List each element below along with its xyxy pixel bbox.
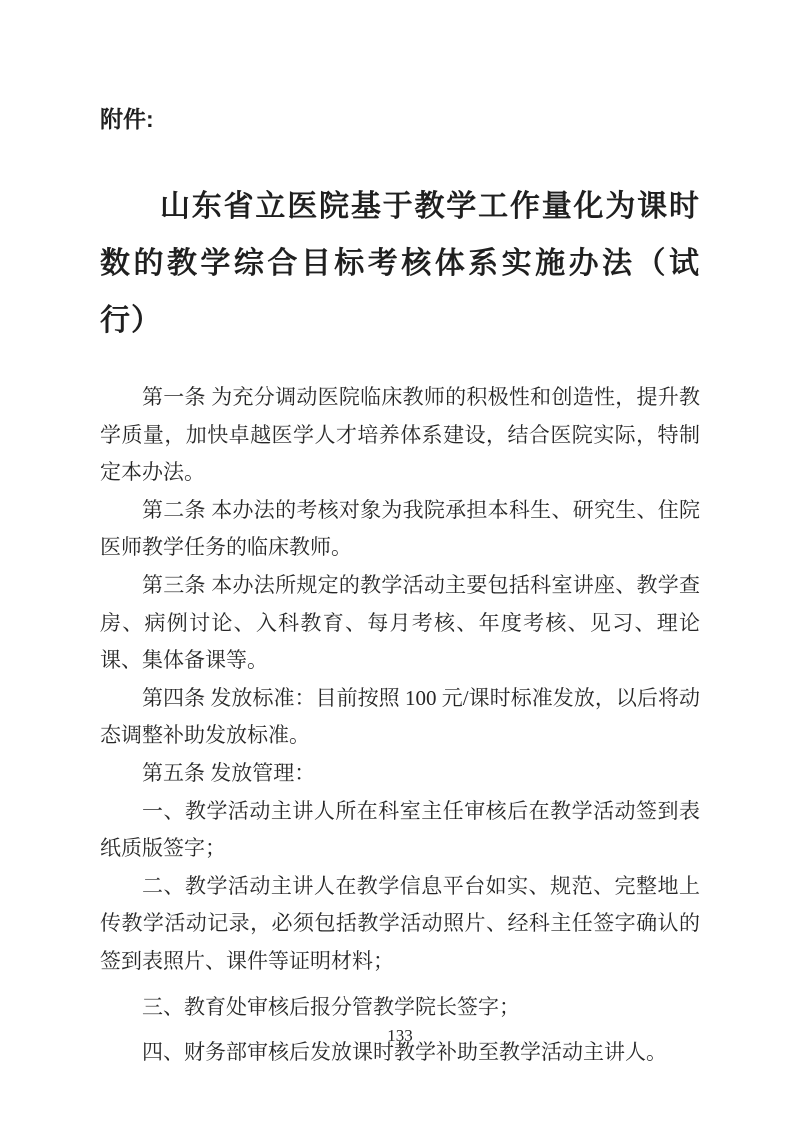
paragraph-article-4: 第四条 发放标准：目前按照 100 元/课时标准发放，以后将动态调整补助发放标准… (100, 680, 700, 755)
document-title: 山东省立医院基于教学工作量化为课时数的教学综合目标考核体系实施办法（试行） (100, 178, 700, 349)
paragraph-article-5: 第五条 发放管理： (100, 755, 700, 793)
paragraph-item-1: 一、教学活动主讲人所在科室主任审核后在教学活动签到表纸质版签字； (100, 793, 700, 868)
paragraph-article-3: 第三条 本办法所规定的教学活动主要包括科室讲座、教学查房、病例讨论、入科教育、每… (100, 567, 700, 680)
attachment-label: 附件: (100, 104, 700, 134)
paragraph-article-2: 第二条 本办法的考核对象为我院承担本科生、研究生、住院医师教学任务的临床教师。 (100, 492, 700, 567)
paragraph-article-1: 第一条 为充分调动医院临床教师的积极性和创造性，提升教学质量，加快卓越医学人才培… (100, 379, 700, 492)
document-page: 附件: 山东省立医院基于教学工作量化为课时数的教学综合目标考核体系实施办法（试行… (0, 0, 800, 1129)
paragraph-item-3: 三、教育处审核后报分管教学院长签字； (100, 989, 700, 1027)
paragraph-item-2: 二、教学活动主讲人在教学信息平台如实、规范、完整地上传教学活动记录，必须包括教学… (100, 868, 700, 981)
page-number: 133 (0, 1026, 800, 1046)
